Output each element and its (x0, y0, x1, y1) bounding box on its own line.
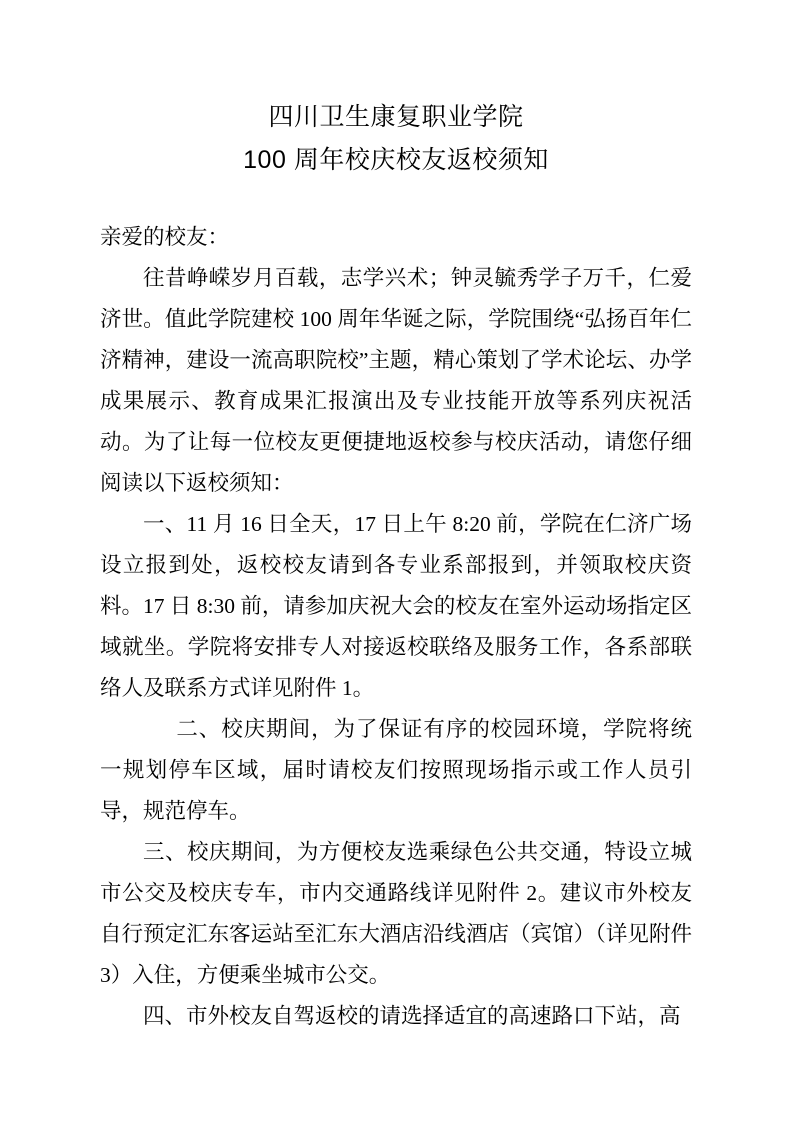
doc-title-line1: 四川卫生康复职业学院 (100, 96, 692, 139)
paragraph-item-1: 一、11 月 16 日全天，17 日上午 8:20 前，学院在仁济广场设立报到处… (100, 504, 692, 709)
document-body: 亲爱的校友： 往昔峥嵘岁月百载，志学兴术；钟灵毓秀学子万千，仁爱济世。值此学院建… (100, 217, 692, 1037)
document-page: 四川卫生康复职业学院 100 周年校庆校友返校须知 亲爱的校友： 往昔峥嵘岁月百… (0, 0, 793, 1122)
salutation: 亲爱的校友： (100, 217, 692, 258)
paragraph-item-2: 二、校庆期间，为了保证有序的校园环境，学院将统一规划停车区域，届时请校友们按照现… (100, 709, 692, 832)
document-content: 四川卫生康复职业学院 100 周年校庆校友返校须知 亲爱的校友： 往昔峥嵘岁月百… (100, 0, 692, 1037)
doc-title-line2: 100 周年校庆校友返校须知 (100, 139, 692, 182)
paragraph-item-3: 三、校庆期间，为方便校友选乘绿色公共交通，特设立城市公交及校庆专车，市内交通路线… (100, 832, 692, 996)
paragraph-item-4: 四、市外校友自驾返校的请选择适宜的高速路口下站，高 (100, 996, 692, 1037)
document-title: 四川卫生康复职业学院 100 周年校庆校友返校须知 (100, 96, 692, 182)
paragraph-intro: 往昔峥嵘岁月百载，志学兴术；钟灵毓秀学子万千，仁爱济世。值此学院建校 100 周… (100, 258, 692, 504)
